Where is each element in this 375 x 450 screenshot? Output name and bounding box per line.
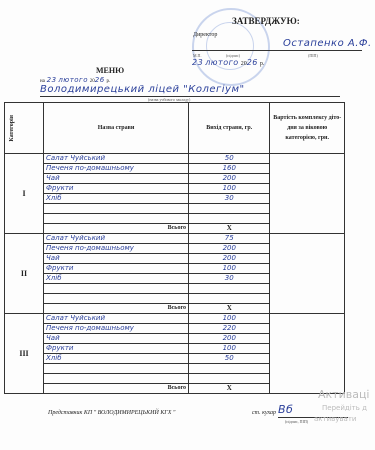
output-cell: 30: [189, 194, 270, 204]
header-category-label: Категорія: [7, 115, 41, 142]
output-cell: 100: [189, 264, 270, 274]
dish-name-cell: Салат Чуйський: [44, 234, 189, 244]
caption-name: (ПІП): [308, 53, 318, 58]
output-cell: 50: [189, 154, 270, 164]
dish-name-cell: [44, 214, 189, 224]
menu-date-month: лютого: [58, 76, 88, 84]
watermark-line3: активувати: [314, 415, 356, 423]
approval-date-month: лютого: [205, 58, 239, 67]
output-cell: 75: [189, 234, 270, 244]
total-value: X: [189, 224, 270, 234]
header-output: Вихід страви, гр.: [189, 103, 270, 154]
output-cell: 160: [189, 164, 270, 174]
dish-name-cell: Чай: [44, 254, 189, 264]
dish-name-cell: Хліб: [44, 274, 189, 284]
menu-title: МЕНЮ: [96, 66, 124, 75]
dish-name-cell: Печеня по-домашньому: [44, 164, 189, 174]
header-dish-name: Назва страви: [44, 103, 189, 154]
table-header-row: Категорія Назва страви Вихід страви, гр.…: [5, 103, 345, 154]
menu-table: Категорія Назва страви Вихід страви, гр.…: [4, 102, 345, 394]
output-cell: 220: [189, 324, 270, 334]
category-cell: III: [5, 314, 44, 394]
representative-label: Представник КП " ВОЛОДИМИРЕЦЬКИЙ КГХ ": [48, 410, 175, 416]
output-cell: [189, 284, 270, 294]
cost-cell: [270, 314, 345, 394]
table-row: IIСалат Чуйський75: [5, 234, 345, 244]
menu-date-day: 23: [47, 76, 57, 84]
total-label: Всього: [44, 304, 189, 314]
dish-name-cell: Фрукти: [44, 344, 189, 354]
dish-name-cell: Фрукти: [44, 184, 189, 194]
output-cell: 100: [189, 344, 270, 354]
cook-signature: Вб: [278, 403, 293, 416]
dish-name-cell: Печеня по-домашньому: [44, 324, 189, 334]
output-cell: [189, 294, 270, 304]
category-cell: II: [5, 234, 44, 314]
header-cost: Вартість комплексу діто-дня за віковою к…: [270, 103, 345, 154]
dish-name-cell: [44, 364, 189, 374]
total-label: Всього: [44, 384, 189, 394]
output-cell: [189, 214, 270, 224]
director-position: Директор: [193, 32, 217, 38]
director-name: Остапенко А.Ф.: [283, 38, 372, 49]
dish-name-cell: Печеня по-домашньому: [44, 244, 189, 254]
output-cell: [189, 364, 270, 374]
dish-name-cell: [44, 294, 189, 304]
dish-name-cell: Чай: [44, 334, 189, 344]
cost-cell: [270, 234, 345, 314]
output-cell: 100: [189, 184, 270, 194]
menu-date: на 23 лютого 2026 р.: [40, 76, 110, 84]
total-value: X: [189, 384, 270, 394]
signature-line: [192, 50, 362, 51]
category-cell: I: [5, 154, 44, 234]
output-cell: 30: [189, 274, 270, 284]
output-cell: 100: [189, 314, 270, 324]
output-cell: 200: [189, 244, 270, 254]
table-row: IIIСалат Чуйський100: [5, 314, 345, 324]
dish-name-cell: [44, 284, 189, 294]
dish-name-cell: [44, 374, 189, 384]
institution-name: Володимирецький ліцей "Колегіум": [40, 84, 245, 95]
cost-cell: [270, 154, 345, 234]
approval-date: 23 лютого 2026 р.: [192, 58, 264, 67]
representative-role: ст. кухар: [252, 410, 276, 416]
header-category: Категорія: [5, 103, 44, 154]
dish-name-cell: [44, 204, 189, 214]
dish-name-cell: Фрукти: [44, 264, 189, 274]
output-cell: 200: [189, 254, 270, 264]
table-row: IСалат Чуйський50: [5, 154, 345, 164]
dish-name-cell: Салат Чуйський: [44, 154, 189, 164]
total-value: X: [189, 304, 270, 314]
menu-date-year-suffix: 26: [95, 76, 105, 84]
output-cell: [189, 204, 270, 214]
output-cell: 200: [189, 334, 270, 344]
dish-name-cell: Хліб: [44, 354, 189, 364]
dish-name-cell: Хліб: [44, 194, 189, 204]
approval-title: ЗАТВЕРДЖУЮ:: [232, 16, 300, 26]
watermark-line2: Перейдіть д: [322, 404, 367, 412]
output-cell: [189, 374, 270, 384]
footer-signature-caption: (підпис, ПІП): [285, 419, 308, 424]
approval-date-suffix: р.: [260, 61, 265, 67]
dish-name-cell: Чай: [44, 174, 189, 184]
approval-date-year-suffix: 26: [247, 58, 258, 67]
dish-name-cell: Салат Чуйський: [44, 314, 189, 324]
output-cell: 50: [189, 354, 270, 364]
watermark-line1: Активаці: [318, 388, 370, 401]
approval-date-day: 23: [192, 58, 203, 67]
total-label: Всього: [44, 224, 189, 234]
output-cell: 200: [189, 174, 270, 184]
